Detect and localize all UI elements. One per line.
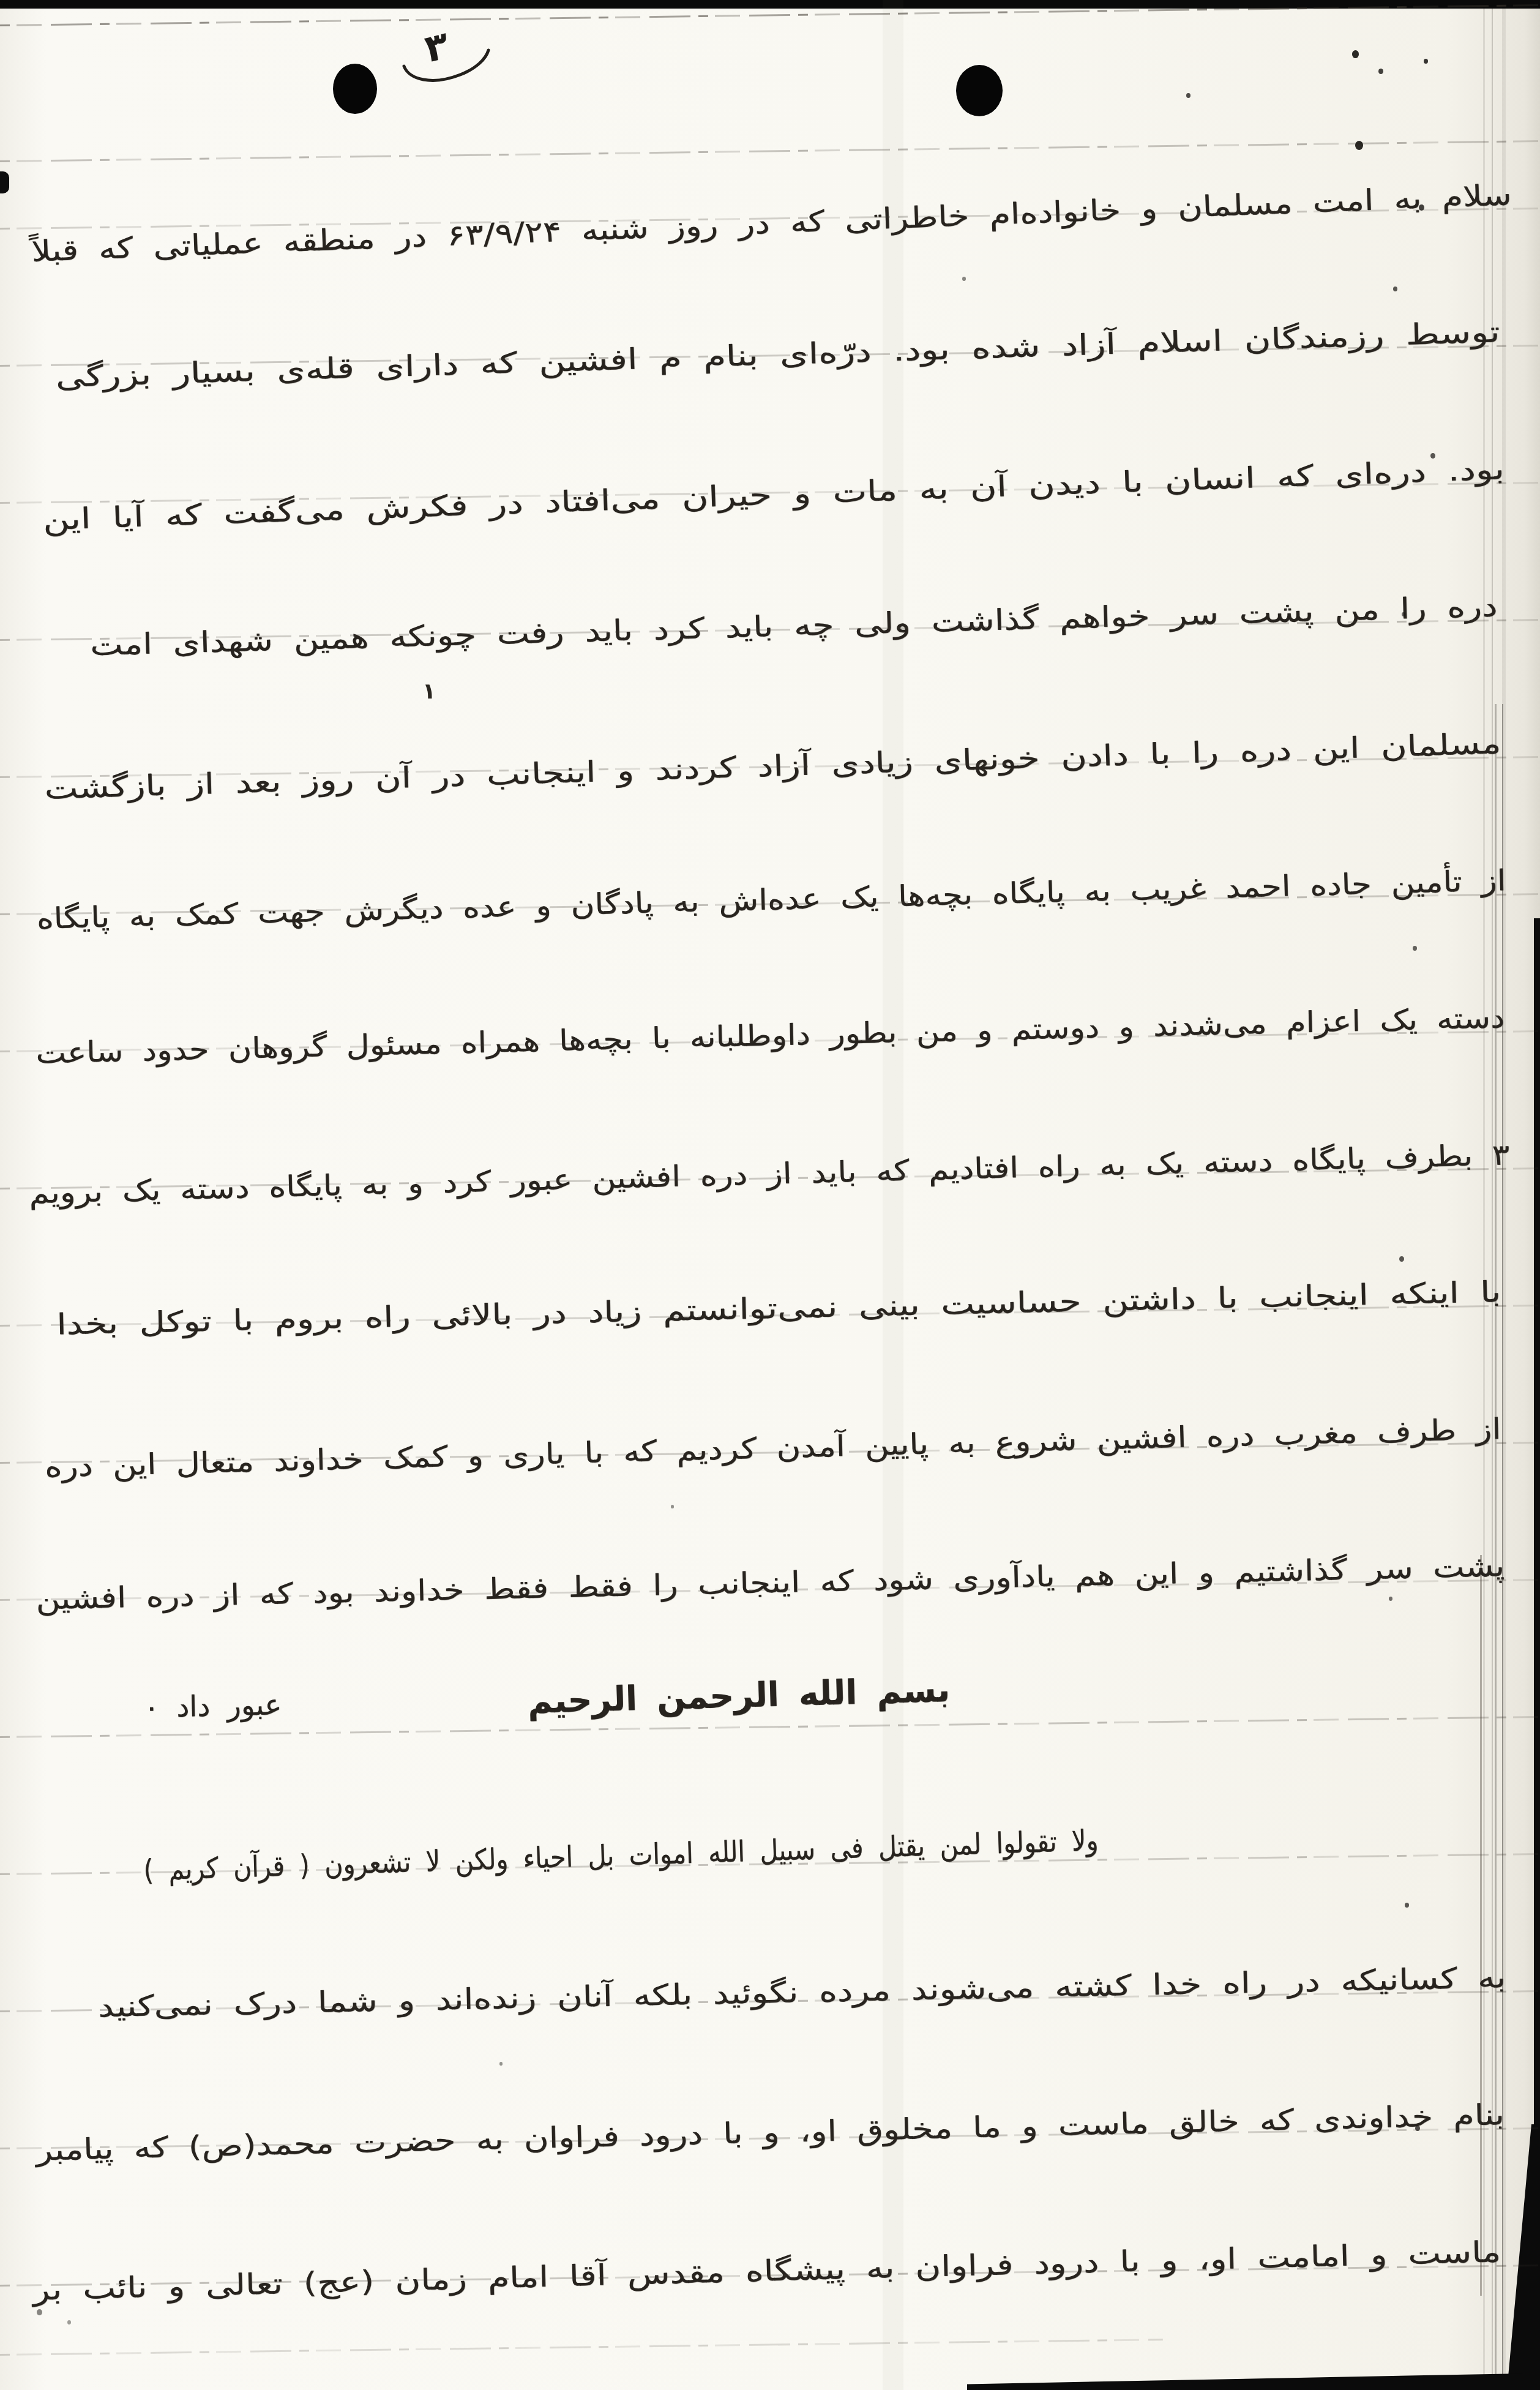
handwritten-line: ۳ بطرف پایگاه دسته یک به راه افتادیم که … — [28, 1136, 1510, 1213]
ink-blot-left-edge — [0, 171, 9, 193]
ink-speck — [1402, 612, 1405, 616]
ink-speck — [1424, 59, 1428, 64]
ink-speck — [671, 1505, 674, 1508]
superscript-mark: ۱ — [422, 681, 436, 703]
handwritten-sentence-end: عبور داد ۰ — [143, 1685, 282, 1727]
hole-punch-right — [956, 65, 1003, 116]
ink-speck — [962, 277, 966, 281]
hole-punch-left — [333, 64, 377, 114]
page-number-mark: ٣ — [422, 26, 450, 69]
ink-speck — [1393, 287, 1397, 291]
ink-speck — [1389, 1597, 1392, 1601]
handwritten-line: به کسانیکه در راه خدا کشته می‌شوند مرده … — [97, 1958, 1506, 2027]
ink-speck — [499, 2062, 503, 2066]
ink-speck — [1355, 141, 1363, 150]
ruled-line — [0, 140, 1540, 162]
ink-speck — [1405, 1903, 1409, 1908]
ink-speck — [1186, 93, 1191, 98]
handwritten-line: از طرف مغرب دره افشین شروع به پایین آمدن… — [44, 1410, 1501, 1487]
handwritten-line: دسته یک اعزام می‌شدند و دوستم و من بطور … — [35, 998, 1505, 1073]
scanned-page: ٣ ۱ سلام به امت مسلمان و خانواده‌ام خاطر… — [0, 0, 1540, 2390]
ink-speck — [37, 2309, 42, 2315]
handwritten-line: بود. دره‌ای که انسان با دیدن آن به مات و… — [42, 450, 1505, 540]
ink-speck — [67, 2320, 71, 2324]
margin-rule-line — [1480, 1555, 1482, 2296]
ink-speck — [1352, 50, 1359, 58]
scanner-bottom-edge — [967, 2372, 1540, 2390]
ruled-line — [0, 2339, 1163, 2356]
handwritten-line: از تأمین جاده احمد غریب به پایگاه بچه‌ها… — [36, 861, 1506, 938]
quran-verse: ولا تقولوا لمن یقتل فی سبیل الله اموات ب… — [143, 1821, 1099, 1890]
handwritten-line: سلام به امت مسلمان و خانواده‌ام خاطراتی … — [31, 176, 1513, 271]
handwritten-line: بنام خداوندی که خالق ماست و ما مخلوق او،… — [36, 2096, 1505, 2170]
handwritten-line: دره را من پشت سر خواهم گذاشت ولی چه باید… — [89, 587, 1498, 665]
ink-speck — [1413, 946, 1417, 951]
handwritten-line: ماست و امامت او، و با درود فراوان به پیش… — [32, 2233, 1501, 2310]
ink-speck — [1399, 1256, 1404, 1262]
ink-speck — [1378, 69, 1383, 74]
